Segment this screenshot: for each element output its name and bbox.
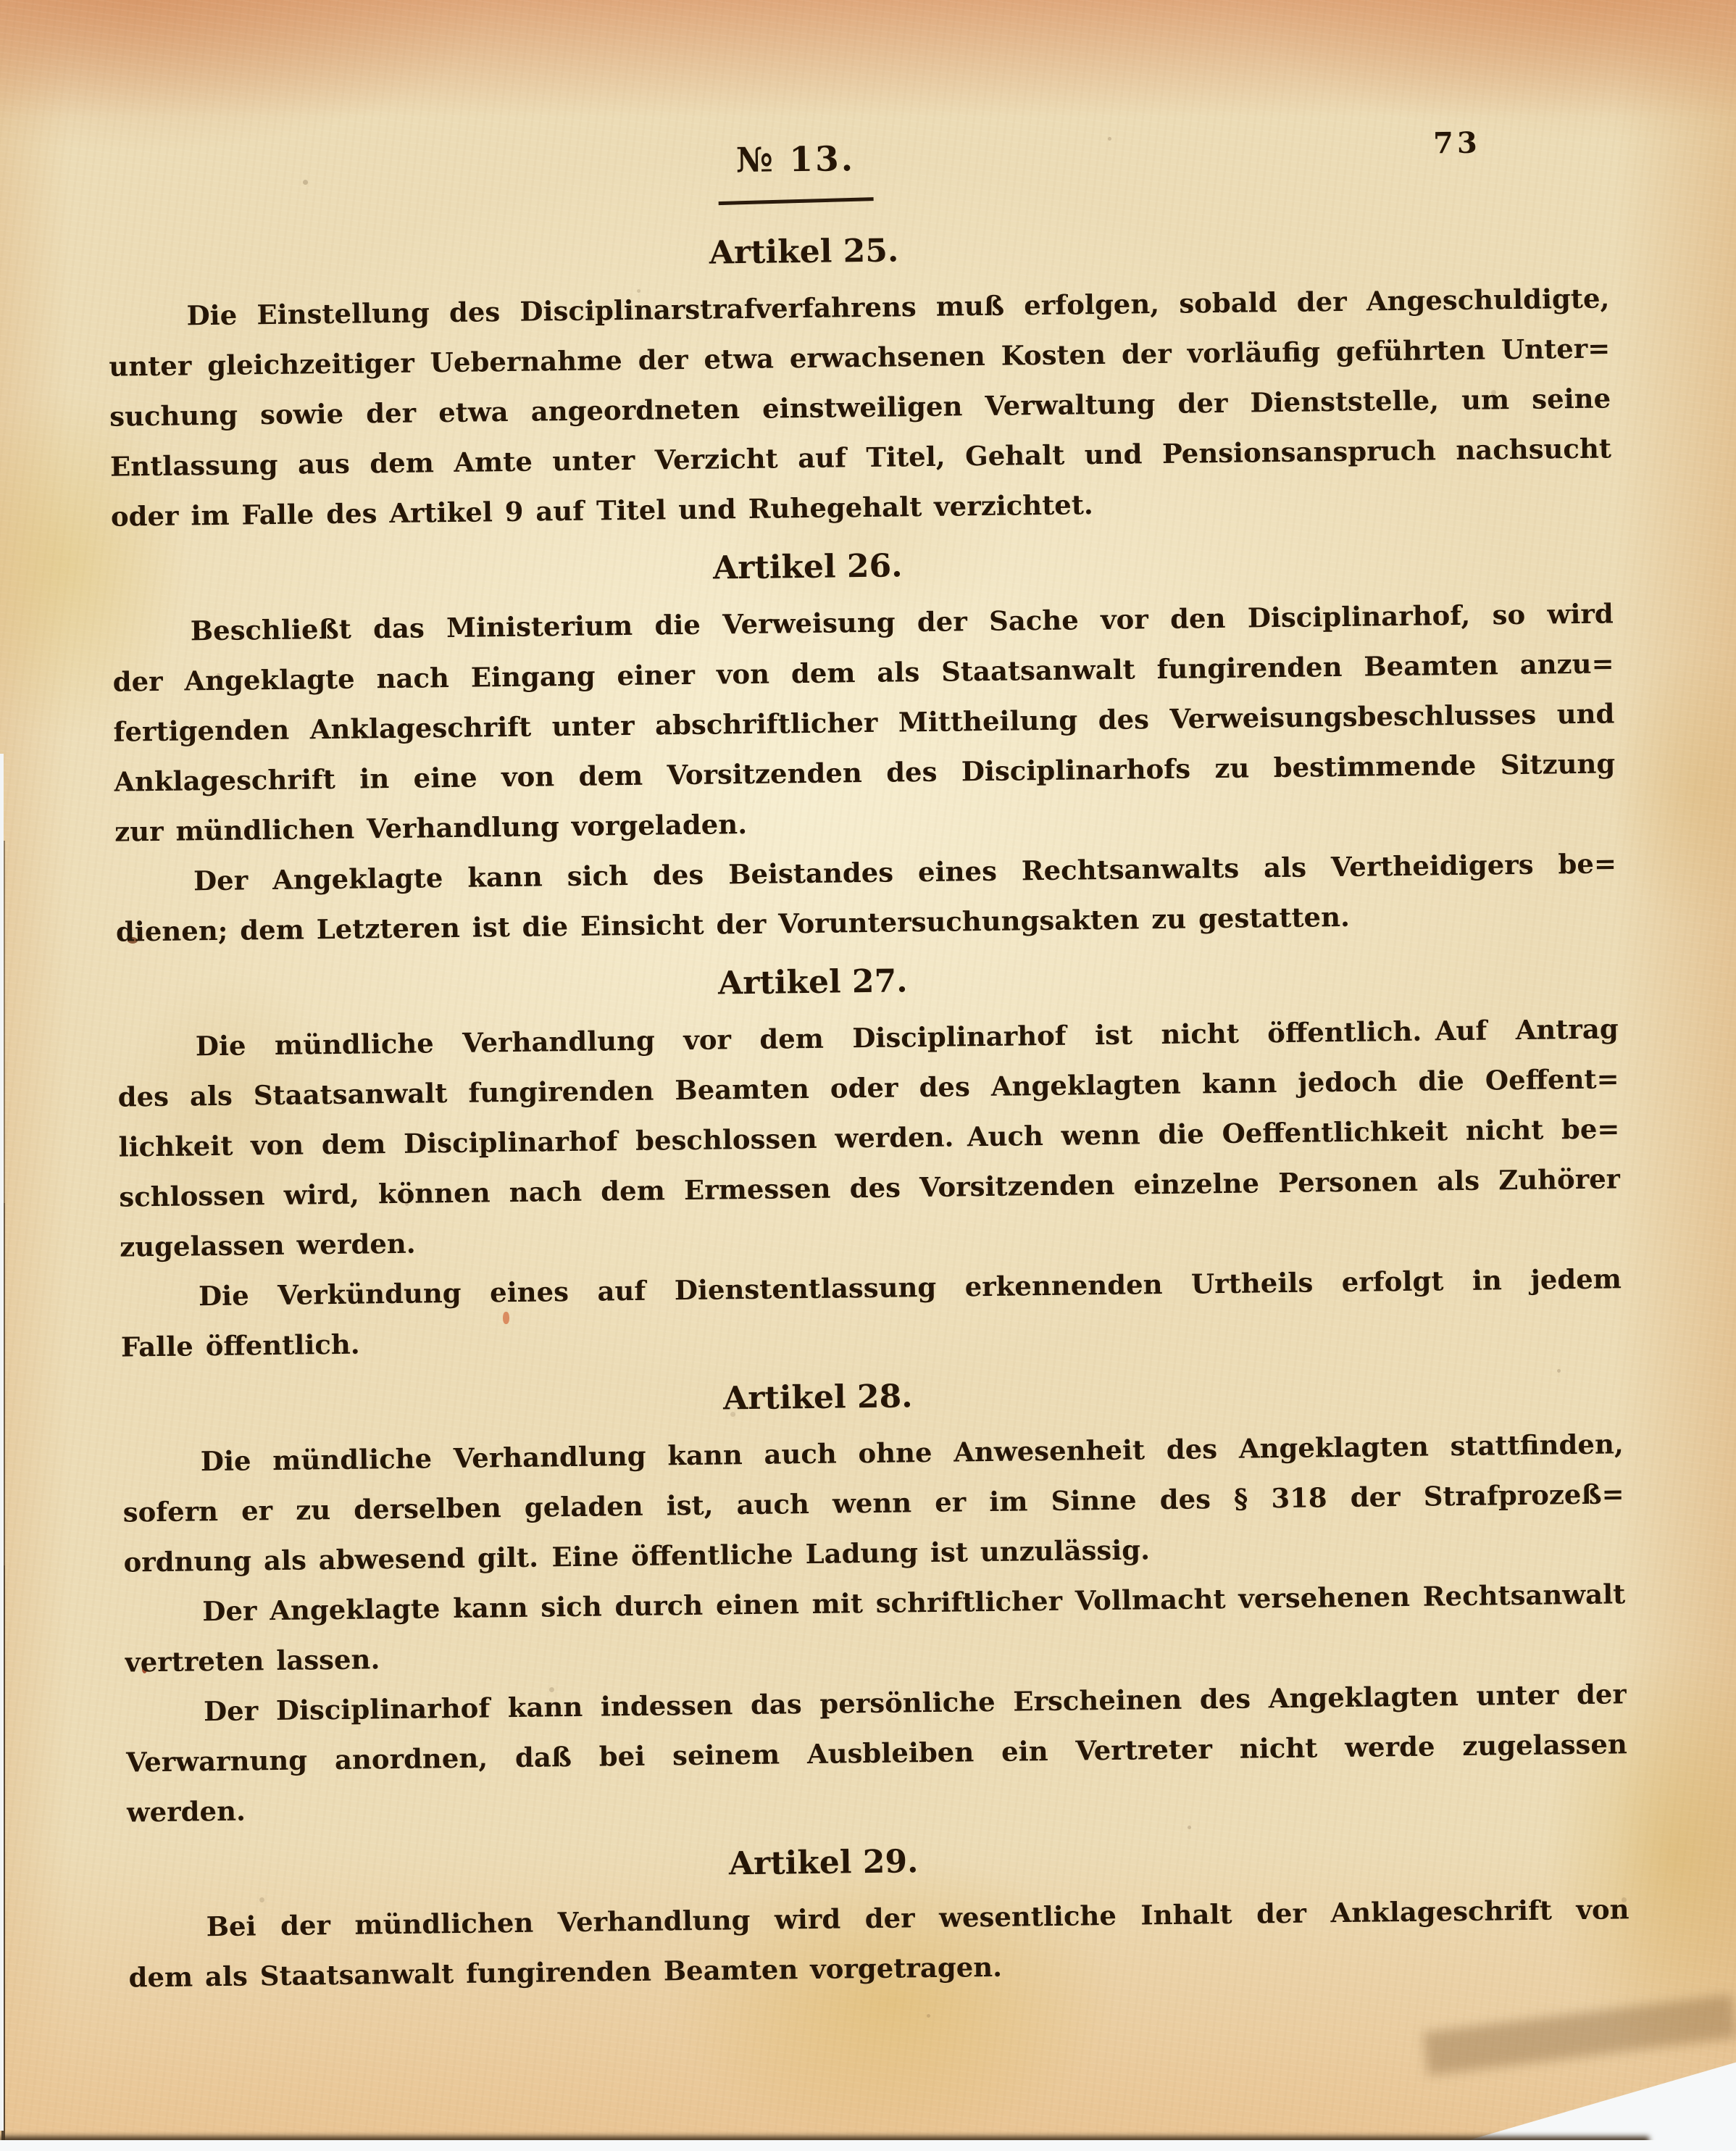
paragraph: Die Einstellung des Disciplinarstrafverf… bbox=[108, 273, 1612, 541]
article-section: Artikel 26.Beschließt das Ministerium di… bbox=[112, 541, 1618, 957]
header-rule bbox=[719, 197, 874, 205]
paragraph: Der Angeklagte kann sich des Beistandes … bbox=[115, 839, 1618, 957]
article-heading: Artikel 26. bbox=[57, 541, 1558, 593]
paragraph: Der Angeklagte kann sich durch einen mit… bbox=[124, 1569, 1627, 1687]
paper-background: № 13. 73 Artikel 25.Die Einstellung des … bbox=[0, 0, 1736, 2141]
scan-edge-bottom bbox=[0, 2140, 1736, 2151]
article-heading: Artikel 28. bbox=[67, 1372, 1569, 1423]
paragraph: Bei der mündlichen Verhandlung wird der … bbox=[128, 1884, 1630, 2002]
article-section: Artikel 27.Die mündliche Verhandlung vor… bbox=[117, 956, 1623, 1372]
issue-number: № 13. bbox=[736, 139, 856, 180]
article-heading: Artikel 29. bbox=[72, 1837, 1574, 1889]
article-section: Artikel 29.Bei der mündlichen Verhandlun… bbox=[127, 1836, 1629, 2002]
article-heading: Artikel 25. bbox=[53, 226, 1554, 278]
page-content: № 13. 73 Artikel 25.Die Einstellung des … bbox=[106, 99, 1630, 2002]
sections: Artikel 25.Die Einstellung des Disciplin… bbox=[107, 225, 1629, 2002]
page-header: № 13. 73 bbox=[106, 99, 1608, 226]
foxing-specks bbox=[0, 0, 2, 2]
paragraph: Der Disciplinarhof kann indessen das per… bbox=[125, 1669, 1628, 1837]
article-heading: Artikel 27. bbox=[62, 957, 1564, 1008]
scan-edge-left bbox=[0, 754, 4, 2131]
paragraph: Die mündliche Verhandlung vor dem Discip… bbox=[117, 1004, 1621, 1272]
paragraph: Beschließt das Ministerium die Verweisun… bbox=[112, 588, 1616, 857]
article-section: Artikel 25.Die Einstellung des Disciplin… bbox=[107, 225, 1612, 541]
article-section: Artikel 28.Die mündliche Verhandlung kan… bbox=[122, 1371, 1628, 1837]
paragraph: Die Verkündung eines auf Dienstentlassun… bbox=[120, 1254, 1623, 1372]
page-number: 73 bbox=[1433, 126, 1481, 161]
paragraph: Die mündliche Verhandlung kann auch ohne… bbox=[122, 1419, 1624, 1587]
